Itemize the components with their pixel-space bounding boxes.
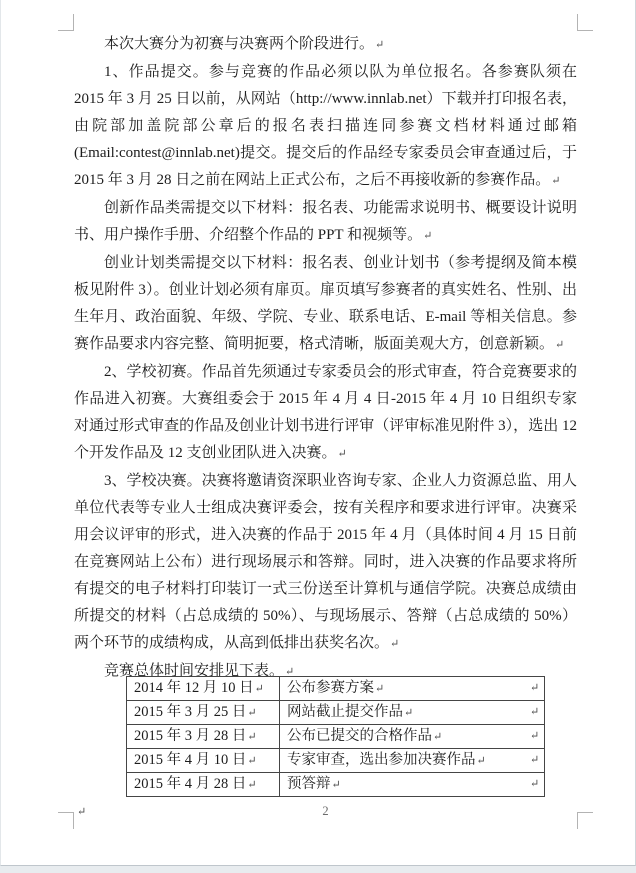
schedule-event-cell: 网站截止提交作品↵	[280, 701, 545, 725]
schedule-date-cell: 2015 年 4 月 10 日↵	[127, 749, 280, 773]
paragraph-mark-icon: ↵	[337, 448, 347, 460]
word-page-view: { "doc": { "marks": { "paragraph_end": "…	[0, 0, 636, 873]
schedule-date: 2015 年 4 月 10 日	[134, 752, 246, 768]
schedule-date: 2014 年 12 月 10 日	[134, 680, 254, 696]
schedule-event-cell: 专家审查，选出参加决赛作品↵	[280, 749, 545, 773]
table-row: 2015 年 4 月 10 日↵ 专家审查，选出参加决赛作品↵	[127, 749, 545, 773]
cell-mark-icon: ↵	[374, 683, 384, 695]
schedule-event-cell: 预答辩↵	[280, 773, 545, 797]
paragraph-text: 1、作品提交。参与竞赛的作品必须以队为单位报名。各参赛队须在 2015 年 3 …	[74, 64, 577, 188]
paragraph-submission: 1、作品提交。参与竞赛的作品必须以队为单位报名。各参赛队须在 2015 年 3 …	[74, 59, 577, 195]
paragraph-text: 3、学校决赛。决赛将邀请资深职业咨询专家、企业人力资源总监、用人单位代表等专业人…	[74, 473, 577, 651]
paragraph-mark-icon: ↵	[389, 638, 399, 650]
cell-mark-icon: ↵	[254, 683, 264, 695]
cell-mark-icon: ↵	[403, 707, 413, 719]
paragraph-intro: 本次大赛分为初赛与决赛两个阶段进行。↵	[74, 31, 577, 59]
table-row: 2015 年 3 月 25 日↵ 网站截止提交作品↵	[127, 701, 545, 725]
paragraph-mark-icon: ↵	[422, 230, 432, 242]
paragraph-startup-materials: 创业计划类需提交以下材料：报名表、创业计划书（参考提纲及简本模板见附件 3）。创…	[74, 250, 577, 359]
paragraph-innovation-materials: 创新作品类需提交以下材料：报名表、功能需求说明书、概要设计说明书、用户操作手册、…	[74, 195, 577, 250]
schedule-event-cell: 公布参赛方案↵	[280, 677, 545, 701]
schedule-date: 2015 年 3 月 25 日	[134, 704, 246, 720]
paragraph-preliminary: 2、学校初赛。作品首先须通过专家委员会的形式审查，符合竞赛要求的作品进入初赛。大…	[74, 359, 577, 468]
schedule-date: 2015 年 4 月 28 日	[134, 776, 246, 792]
text-boundary-corner-top-right-icon	[577, 14, 593, 31]
cell-mark-icon: ↵	[246, 707, 256, 719]
table-row: 2014 年 12 月 10 日↵ 公布参赛方案↵	[127, 677, 545, 701]
cell-mark-icon: ↵	[432, 731, 442, 743]
schedule-date: 2015 年 3 月 28 日	[134, 728, 246, 744]
table-row-end-marks: ↵ ↵ ↵ ↵ ↵	[529, 676, 539, 796]
schedule-date-cell: 2014 年 12 月 10 日↵	[127, 677, 280, 701]
schedule-date-cell: 2015 年 3 月 28 日↵	[127, 725, 280, 749]
row-end-mark-icon: ↵	[529, 724, 539, 748]
document-page: 本次大赛分为初赛与决赛两个阶段进行。↵ 1、作品提交。参与竞赛的作品必须以队为单…	[0, 0, 636, 866]
schedule-table: 2014 年 12 月 10 日↵ 公布参赛方案↵ 2015 年 3 月 25 …	[126, 676, 545, 797]
schedule-event-cell: 公布已提交的合格作品↵	[280, 725, 545, 749]
schedule-event: 网站截止提交作品	[287, 704, 403, 720]
cell-mark-icon: ↵	[246, 779, 256, 791]
table-row: 2015 年 4 月 28 日↵ 预答辩↵	[127, 773, 545, 797]
cell-mark-icon: ↵	[246, 755, 256, 767]
paragraph-final: 3、学校决赛。决赛将邀请资深职业咨询专家、企业人力资源总监、用人单位代表等专业人…	[74, 468, 577, 658]
text-boundary-corner-bottom-right-icon	[577, 812, 593, 829]
cell-mark-icon: ↵	[331, 779, 341, 791]
schedule-date-cell: 2015 年 3 月 25 日↵	[127, 701, 280, 725]
text-boundary-corner-bottom-left-icon	[58, 812, 74, 829]
schedule-event: 公布已提交的合格作品	[287, 728, 432, 744]
row-end-mark-icon: ↵	[529, 676, 539, 700]
paragraph-text: 本次大赛分为初赛与决赛两个阶段进行。	[104, 36, 374, 52]
schedule-event: 公布参赛方案	[287, 680, 374, 696]
page-number: 2	[322, 804, 328, 818]
paragraph-mark-icon: ↵	[374, 39, 384, 51]
schedule-event: 预答辩	[287, 776, 331, 792]
page-footer: 2	[74, 803, 577, 819]
paragraph-text: 创新作品类需提交以下材料：报名表、功能需求说明书、概要设计说明书、用户操作手册、…	[74, 200, 577, 243]
table-row: 2015 年 3 月 28 日↵ 公布已提交的合格作品↵	[127, 725, 545, 749]
text-boundary-corner-top-left-icon	[58, 14, 74, 31]
row-end-mark-icon: ↵	[529, 748, 539, 772]
schedule-date-cell: 2015 年 4 月 28 日↵	[127, 773, 280, 797]
row-end-mark-icon: ↵	[529, 700, 539, 724]
row-end-mark-icon: ↵	[529, 772, 539, 796]
paragraph-mark-icon: ↵	[550, 175, 560, 187]
cell-mark-icon: ↵	[246, 731, 256, 743]
cell-mark-icon: ↵	[476, 755, 486, 767]
document-body: 本次大赛分为初赛与决赛两个阶段进行。↵ 1、作品提交。参与竞赛的作品必须以队为单…	[74, 31, 577, 686]
paragraph-text: 创业计划类需提交以下材料：报名表、创业计划书（参考提纲及简本模板见附件 3）。创…	[74, 255, 577, 352]
paragraph-text: 2、学校初赛。作品首先须通过专家委员会的形式审查，符合竞赛要求的作品进入初赛。大…	[74, 364, 577, 461]
paragraph-mark-icon: ↵	[554, 339, 564, 351]
schedule-event: 专家审查，选出参加决赛作品	[287, 752, 476, 768]
